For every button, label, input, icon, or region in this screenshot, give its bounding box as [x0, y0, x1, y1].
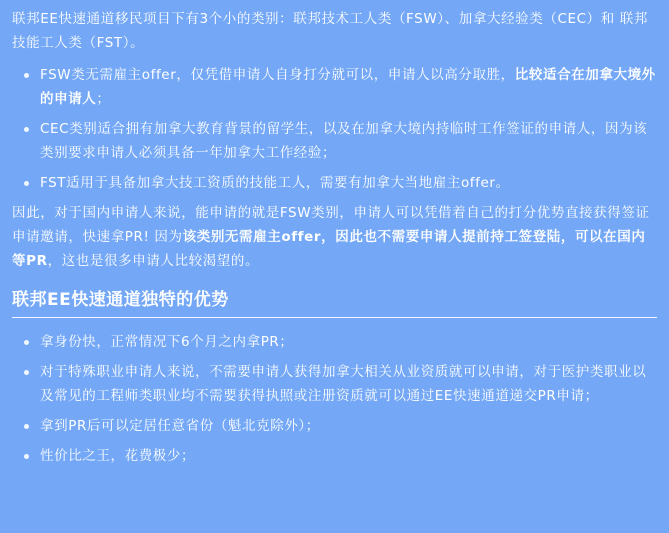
list-item-advantage: 性价比之王，花费极少；	[12, 444, 657, 468]
list-item-advantage: 对于特殊职业申请人来说，不需要申请人获得加拿大相关从业资质就可以申请，对于医护类…	[12, 360, 657, 408]
list-item-fst: FST适用于具备加拿大技工资质的技能工人，需要有加拿大当地雇主offer。	[12, 171, 657, 195]
section-heading-advantages: 联邦EE快速通道独特的优势	[12, 287, 657, 318]
list-item-text: FSW类无需雇主offer，仅凭借申请人自身打分就可以，申请人以高分取胜，	[40, 67, 515, 83]
list-item-fsw: FSW类无需雇主offer，仅凭借申请人自身打分就可以，申请人以高分取胜，比较适…	[12, 63, 657, 111]
bullet-icon	[24, 73, 29, 78]
summary-paragraph: 因此，对于国内申请人来说，能申请的就是FSW类别，申请人可以凭借着自己的打分优势…	[12, 201, 657, 273]
summary-text-2: ，这也是很多申请人比较渴望的。	[48, 253, 260, 269]
list-item-cec: CEC类别适合拥有加拿大教育背景的留学生，以及在加拿大境内持临时工作签证的申请人…	[12, 117, 657, 165]
list-item-advantage: 拿身份快，正常情况下6个月之内拿PR；	[12, 330, 657, 354]
bullet-icon	[24, 424, 29, 429]
list-item-text: 对于特殊职业申请人来说，不需要申请人获得加拿大相关从业资质就可以申请，对于医护类…	[40, 364, 646, 404]
list-item-text: FST适用于具备加拿大技工资质的技能工人，需要有加拿大当地雇主offer。	[40, 175, 510, 191]
category-list: FSW类无需雇主offer，仅凭借申请人自身打分就可以，申请人以高分取胜，比较适…	[12, 63, 657, 195]
bullet-icon	[24, 340, 29, 345]
list-item-text: CEC类别适合拥有加拿大教育背景的留学生，以及在加拿大境内持临时工作签证的申请人…	[40, 121, 647, 161]
bullet-icon	[24, 181, 29, 186]
intro-paragraph: 联邦EE快速通道移民项目下有3个小的类别：联邦技术工人类（FSW）、加拿大经验类…	[12, 7, 657, 55]
article-body: 联邦EE快速通道移民项目下有3个小的类别：联邦技术工人类（FSW）、加拿大经验类…	[0, 0, 669, 468]
list-item-text: 拿身份快，正常情况下6个月之内拿PR；	[40, 334, 294, 350]
advantages-list: 拿身份快，正常情况下6个月之内拿PR； 对于特殊职业申请人来说，不需要申请人获得…	[12, 330, 657, 468]
list-item-tail: ；	[96, 91, 110, 107]
list-item-text: 拿到PR后可以定居任意省份（魁北克除外）；	[40, 418, 320, 434]
list-item-advantage: 拿到PR后可以定居任意省份（魁北克除外）；	[12, 414, 657, 438]
bullet-icon	[24, 454, 29, 459]
list-item-text: 性价比之王，花费极少；	[40, 448, 195, 464]
bullet-icon	[24, 370, 29, 375]
bullet-icon	[24, 127, 29, 132]
